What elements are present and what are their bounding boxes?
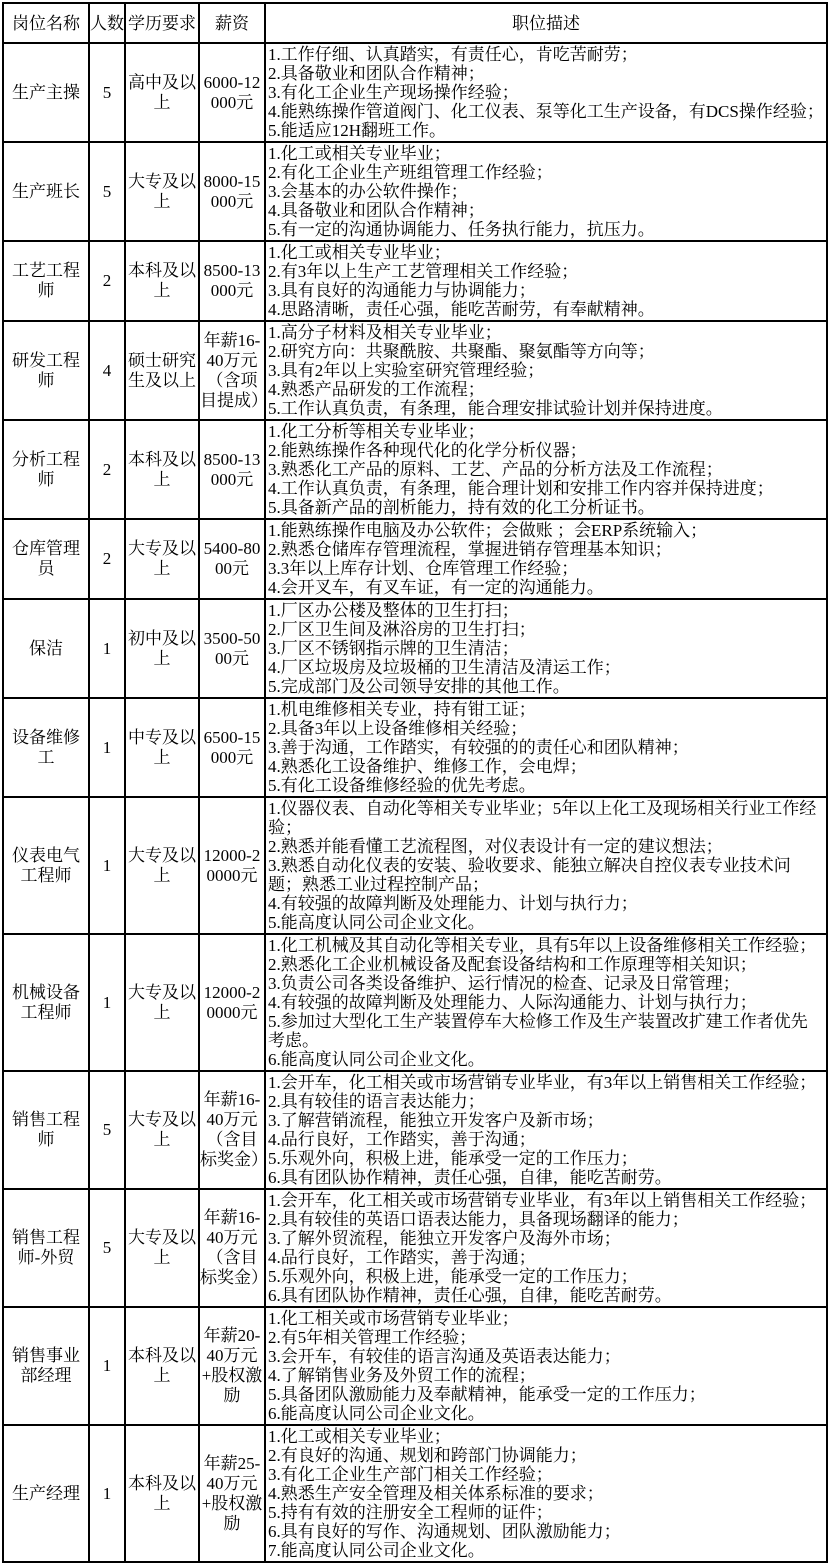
education-requirement-cell: 大专及以上	[125, 797, 199, 934]
education-requirement-cell: 大专及以上	[125, 519, 199, 599]
headcount-cell: 5	[89, 1071, 125, 1189]
table-row: 生产经理 1 本科及以上 年薪25-40万元+股权激励 1.化工或相关专业毕业；…	[3, 1425, 827, 1562]
position-name-cell: 分析工程师	[3, 420, 89, 519]
education-requirement-cell: 初中及以上	[125, 599, 199, 698]
job-description-cell: 1.仪器仪表、自动化等相关专业毕业；5年以上化工及现场相关行业工作经验； 2.熟…	[265, 797, 827, 934]
column-header-education: 学历要求	[125, 3, 199, 43]
column-header-salary: 薪资	[199, 3, 265, 43]
table-row: 销售工程师-外贸 5 大专及以上 年薪16-40万元（含目标奖金） 1.会开车，…	[3, 1189, 827, 1307]
salary-cell: 6500-15000元	[199, 698, 265, 797]
job-description-cell: 1.化工分析等相关专业毕业； 2.能熟练操作各种现代化的化学分析仪器； 3.熟悉…	[265, 420, 827, 519]
position-name-cell: 销售工程师	[3, 1071, 89, 1189]
job-description-cell: 1.化工或相关专业毕业； 2.有化工企业生产班组管理工作经验； 3.会基本的办公…	[265, 142, 827, 241]
job-description-cell: 1.化工机械及其自动化等相关专业，具有5年以上设备维修相关工作经验； 2.熟悉化…	[265, 934, 827, 1071]
education-requirement-cell: 本科及以上	[125, 241, 199, 321]
job-description-cell: 1.能熟练操作电脑及办公软件；会做账 ；会ERP系统输入； 2.熟悉仓储库存管理…	[265, 519, 827, 599]
table-row: 保洁 1 初中及以上 3500-5000元 1.厂区办公楼及整体的卫生打扫； 2…	[3, 599, 827, 698]
position-name-cell: 工艺工程师	[3, 241, 89, 321]
headcount-cell: 2	[89, 420, 125, 519]
headcount-cell: 1	[89, 1425, 125, 1562]
table-row: 生产主操 5 高中及以上 6000-12000元 1.工作仔细、认真踏实，有责任…	[3, 43, 827, 142]
job-description-cell: 1.工作仔细、认真踏实，有责任心，肯吃苦耐劳； 2.具备敬业和团队合作精神； 3…	[265, 43, 827, 142]
education-requirement-cell: 本科及以上	[125, 1307, 199, 1425]
salary-cell: 12000-20000元	[199, 934, 265, 1071]
table-row: 生产班长 5 大专及以上 8000-15000元 1.化工或相关专业毕业； 2.…	[3, 142, 827, 241]
column-header-position: 岗位名称	[3, 3, 89, 43]
education-requirement-cell: 本科及以上	[125, 420, 199, 519]
headcount-cell: 2	[89, 241, 125, 321]
table-row: 分析工程师 2 本科及以上 8500-13000元 1.化工分析等相关专业毕业；…	[3, 420, 827, 519]
salary-cell: 8500-13000元	[199, 241, 265, 321]
headcount-cell: 5	[89, 43, 125, 142]
education-requirement-cell: 大专及以上	[125, 1071, 199, 1189]
position-name-cell: 生产班长	[3, 142, 89, 241]
position-name-cell: 销售工程师-外贸	[3, 1189, 89, 1307]
job-table: 岗位名称 人数 学历要求 薪资 职位描述 生产主操 5 高中及以上 6000-1…	[2, 2, 828, 1563]
education-requirement-cell: 大专及以上	[125, 934, 199, 1071]
position-name-cell: 生产主操	[3, 43, 89, 142]
position-name-cell: 保洁	[3, 599, 89, 698]
headcount-cell: 1	[89, 1307, 125, 1425]
position-name-cell: 研发工程师	[3, 321, 89, 420]
table-row: 销售工程师 5 大专及以上 年薪16-40万元（含目标奖金） 1.会开车，化工相…	[3, 1071, 827, 1189]
headcount-cell: 1	[89, 797, 125, 934]
education-requirement-cell: 高中及以上	[125, 43, 199, 142]
position-name-cell: 生产经理	[3, 1425, 89, 1562]
salary-cell: 年薪20-40万元+股权激励	[199, 1307, 265, 1425]
header-row: 岗位名称 人数 学历要求 薪资 职位描述	[3, 3, 827, 43]
table-row: 仓库管理员 2 大专及以上 5400-8000元 1.能熟练操作电脑及办公软件；…	[3, 519, 827, 599]
column-header-headcount: 人数	[89, 3, 125, 43]
headcount-cell: 5	[89, 142, 125, 241]
position-name-cell: 设备维修工	[3, 698, 89, 797]
column-header-description: 职位描述	[265, 3, 827, 43]
job-description-cell: 1.化工或相关专业毕业； 2.有良好的沟通、规划和跨部门协调能力； 3.有化工企…	[265, 1425, 827, 1562]
salary-cell: 年薪25-40万元+股权激励	[199, 1425, 265, 1562]
education-requirement-cell: 大专及以上	[125, 1189, 199, 1307]
job-description-cell: 1.会开车，化工相关或市场营销专业毕业，有3年以上销售相关工作经验； 2.具有较…	[265, 1071, 827, 1189]
job-table-header: 岗位名称 人数 学历要求 薪资 职位描述	[3, 3, 827, 43]
headcount-cell: 4	[89, 321, 125, 420]
salary-cell: 12000-20000元	[199, 797, 265, 934]
headcount-cell: 5	[89, 1189, 125, 1307]
table-row: 机械设备工程师 1 大专及以上 12000-20000元 1.化工机械及其自动化…	[3, 934, 827, 1071]
position-name-cell: 机械设备工程师	[3, 934, 89, 1071]
salary-cell: 年薪16-40万元（含目标奖金）	[199, 1189, 265, 1307]
education-requirement-cell: 中专及以上	[125, 698, 199, 797]
headcount-cell: 1	[89, 934, 125, 1071]
salary-cell: 8000-15000元	[199, 142, 265, 241]
table-row: 设备维修工 1 中专及以上 6500-15000元 1.机电维修相关专业，持有钳…	[3, 698, 827, 797]
education-requirement-cell: 大专及以上	[125, 142, 199, 241]
salary-cell: 8500-13000元	[199, 420, 265, 519]
job-description-cell: 1.会开车，化工相关或市场营销专业毕业，有3年以上销售相关工作经验； 2.具有较…	[265, 1189, 827, 1307]
position-name-cell: 仪表电气工程师	[3, 797, 89, 934]
salary-cell: 3500-5000元	[199, 599, 265, 698]
job-description-cell: 1.化工相关或市场营销专业毕业； 2.有5年相关管理工作经验； 3.会开车，有较…	[265, 1307, 827, 1425]
salary-cell: 年薪16-40万元（含项目提成）	[199, 321, 265, 420]
table-row: 工艺工程师 2 本科及以上 8500-13000元 1.化工或相关专业毕业； 2…	[3, 241, 827, 321]
headcount-cell: 1	[89, 698, 125, 797]
job-description-cell: 1.厂区办公楼及整体的卫生打扫； 2.厂区卫生间及淋浴房的卫生打扫； 3.厂区不…	[265, 599, 827, 698]
job-table-body: 生产主操 5 高中及以上 6000-12000元 1.工作仔细、认真踏实，有责任…	[3, 43, 827, 1562]
education-requirement-cell: 本科及以上	[125, 1425, 199, 1562]
job-listing-sheet: 岗位名称 人数 学历要求 薪资 职位描述 生产主操 5 高中及以上 6000-1…	[0, 0, 830, 1565]
table-row: 销售事业部经理 1 本科及以上 年薪20-40万元+股权激励 1.化工相关或市场…	[3, 1307, 827, 1425]
position-name-cell: 销售事业部经理	[3, 1307, 89, 1425]
job-description-cell: 1.机电维修相关专业，持有钳工证； 2.具备3年以上设备维修相关经验； 3.善于…	[265, 698, 827, 797]
salary-cell: 6000-12000元	[199, 43, 265, 142]
table-row: 研发工程师 4 硕士研究生及以上 年薪16-40万元（含项目提成） 1.高分子材…	[3, 321, 827, 420]
job-description-cell: 1.高分子材料及相关专业毕业； 2.研究方向：共聚酰胺、共聚酯、聚氨酯等方向等；…	[265, 321, 827, 420]
salary-cell: 5400-8000元	[199, 519, 265, 599]
education-requirement-cell: 硕士研究生及以上	[125, 321, 199, 420]
position-name-cell: 仓库管理员	[3, 519, 89, 599]
headcount-cell: 1	[89, 599, 125, 698]
table-row: 仪表电气工程师 1 大专及以上 12000-20000元 1.仪器仪表、自动化等…	[3, 797, 827, 934]
job-description-cell: 1.化工或相关专业毕业； 2.有3年以上生产工艺管理相关工作经验； 3.具有良好…	[265, 241, 827, 321]
headcount-cell: 2	[89, 519, 125, 599]
salary-cell: 年薪16-40万元（含目标奖金）	[199, 1071, 265, 1189]
